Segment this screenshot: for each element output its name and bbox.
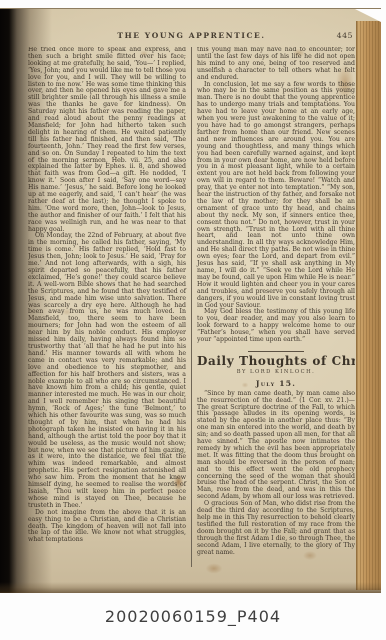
paragraph: May God bless the testimony of this youn… — [197, 309, 355, 344]
binding-gutter-shadow — [0, 9, 52, 594]
scanned-book-photo: THE YOUNG APPRENTICE. 445 He tried once … — [0, 0, 386, 640]
right-column: this young man may have had to encounter… — [197, 47, 355, 567]
column-divider-rule — [191, 47, 192, 567]
page-number: 445 — [337, 31, 353, 40]
section-divider-rule — [248, 351, 304, 352]
page-title: THE YOUNG APPRENTICE. — [117, 31, 265, 40]
paragraph: “Since by man came death, by man came al… — [197, 391, 355, 502]
section-title: Daily Thoughts of Christ. — [197, 358, 355, 365]
book-fore-edge — [356, 21, 381, 590]
book-page: THE YOUNG APPRENTICE. 445 He tried once … — [0, 8, 381, 594]
running-header: THE YOUNG APPRENTICE. 445 — [28, 31, 355, 40]
archive-label: 20020060159_P404 — [105, 607, 281, 626]
text-columns: He tried once more to speak and express,… — [28, 47, 355, 567]
label-strip: 20020060159_P404 — [0, 593, 386, 640]
paragraph: In conclusion, let me say a few words to… — [197, 82, 355, 310]
paragraph: this young man may have had to encounter… — [197, 47, 355, 82]
section-byline: BY LORD KINLOCH. — [197, 369, 355, 376]
section-body: “Since by man came death, by man came al… — [197, 391, 355, 557]
section-date-heading: July 15. — [197, 381, 355, 388]
paragraph: O gracious Son of Man, who didst rise fr… — [197, 501, 355, 556]
